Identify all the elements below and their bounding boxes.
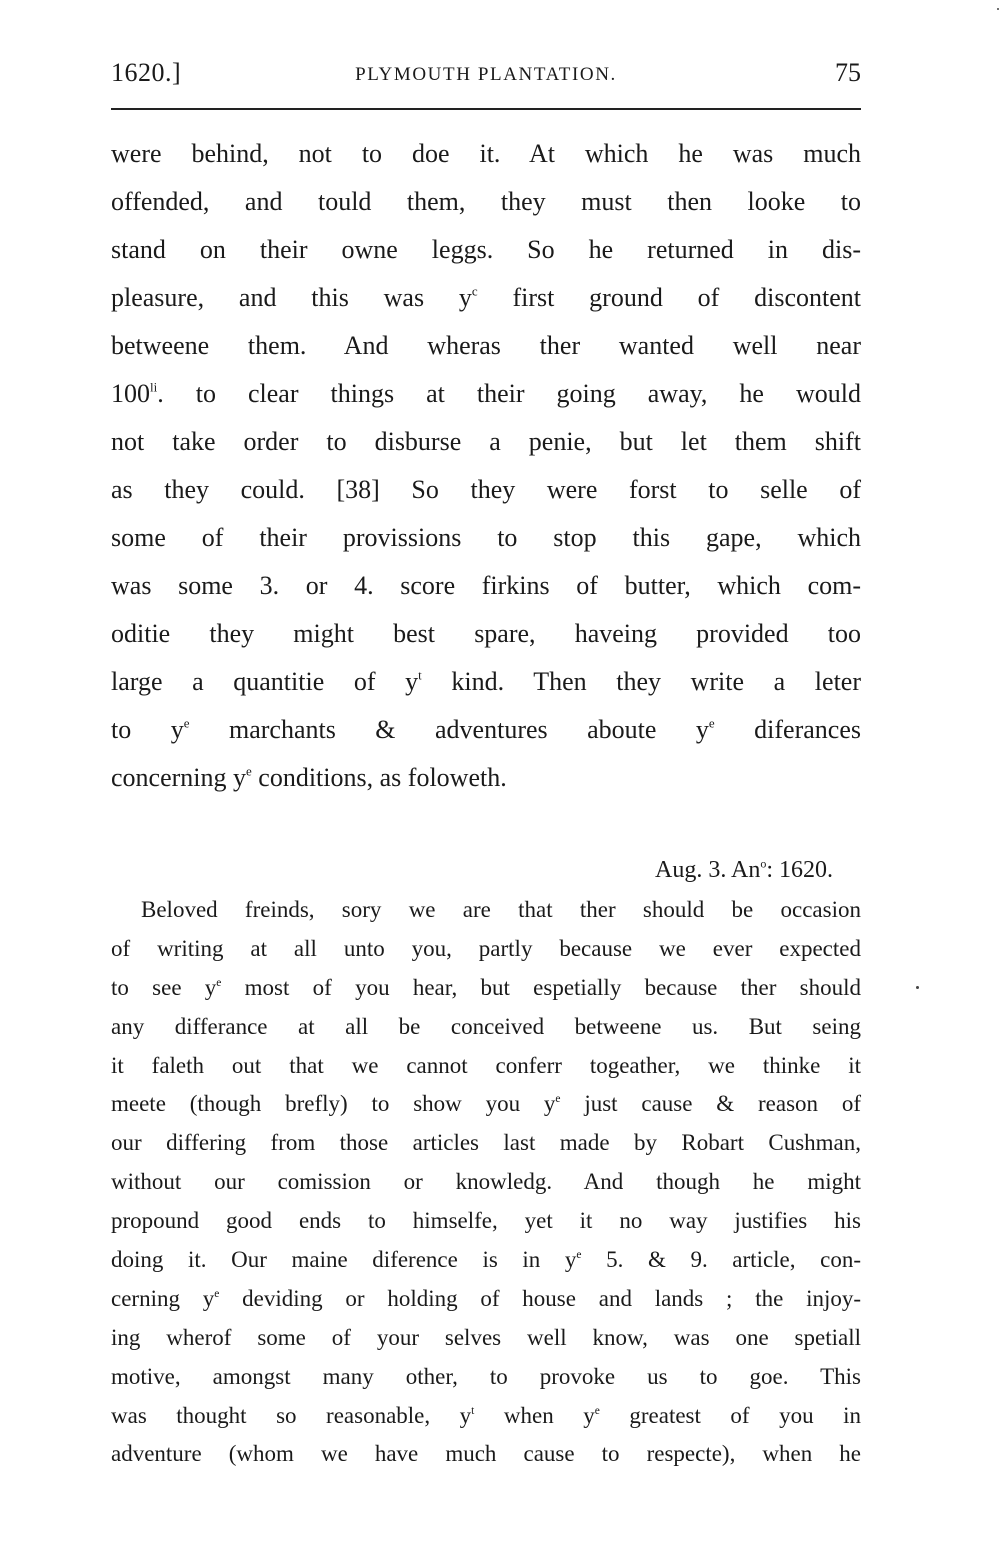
text-line: to ye marchants & adventures aboute ye d…	[111, 710, 861, 758]
header-rule	[111, 108, 861, 110]
text-line: our differing from those articles last m…	[111, 1126, 861, 1165]
text-line: offended, and tould them, they must then…	[111, 182, 861, 230]
text-line: motive, amongst many other, to provoke u…	[111, 1360, 861, 1399]
text-line: Beloved freinds, sory we are that ther s…	[111, 893, 861, 932]
page-number: 75	[835, 58, 861, 88]
text-line: pleasure, and this was yc first ground o…	[111, 278, 861, 326]
text-line: was thought so reasonable, yt when ye gr…	[111, 1399, 861, 1438]
text-line: it faleth out that we cannot conferr tog…	[111, 1049, 861, 1088]
text-line: concerning ye conditions, as foloweth.	[111, 758, 861, 806]
narrative-paragraph: were behind, not to doe it. At which he …	[111, 134, 861, 806]
text-line: ing wherof some of your selves well know…	[111, 1321, 861, 1360]
text-line: some of their provissions to stop this g…	[111, 518, 861, 566]
letter-paragraph: Beloved freinds, sory we are that ther s…	[111, 893, 861, 1476]
text-line: oditie they might best spare, haveing pr…	[111, 614, 861, 662]
text-line: to see ye most of you hear, but espetial…	[111, 971, 861, 1010]
text-line: was some 3. or 4. score firkins of butte…	[111, 566, 861, 614]
text-line: large a quantitie of yt kind. Then they …	[111, 662, 861, 710]
text-line: without our comission or knowledg. And t…	[111, 1165, 861, 1204]
scan-speck	[916, 986, 919, 989]
text-line: not take order to disburse a penie, but …	[111, 422, 861, 470]
scan-speck	[997, 8, 999, 10]
text-line: cerning ye deviding or holding of house …	[111, 1282, 861, 1321]
running-header: 1620.] PLYMOUTH PLANTATION. 75	[111, 58, 861, 94]
text-line: betweene them. And wheras ther wanted we…	[111, 326, 861, 374]
letter-dateline: Aug. 3. Ano: 1620.	[655, 852, 833, 888]
header-title: PLYMOUTH PLANTATION.	[111, 64, 861, 86]
text-line: adventure (whom we have much cause to re…	[111, 1437, 861, 1476]
text-line: stand on their owne leggs. So he returne…	[111, 230, 861, 278]
text-line: were behind, not to doe it. At which he …	[111, 134, 861, 182]
text-line: as they could. [38] So they were forst t…	[111, 470, 861, 518]
text-line: 100li. to clear things at their going aw…	[111, 374, 861, 422]
text-line: any differance at all be conceived betwe…	[111, 1010, 861, 1049]
text-line: doing it. Our maine diference is in ye 5…	[111, 1243, 861, 1282]
text-line: meete (though brefly) to show you ye jus…	[111, 1087, 861, 1126]
text-line: of writing at all unto you, partly becau…	[111, 932, 861, 971]
text-line: propound good ends to himselfe, yet it n…	[111, 1204, 861, 1243]
